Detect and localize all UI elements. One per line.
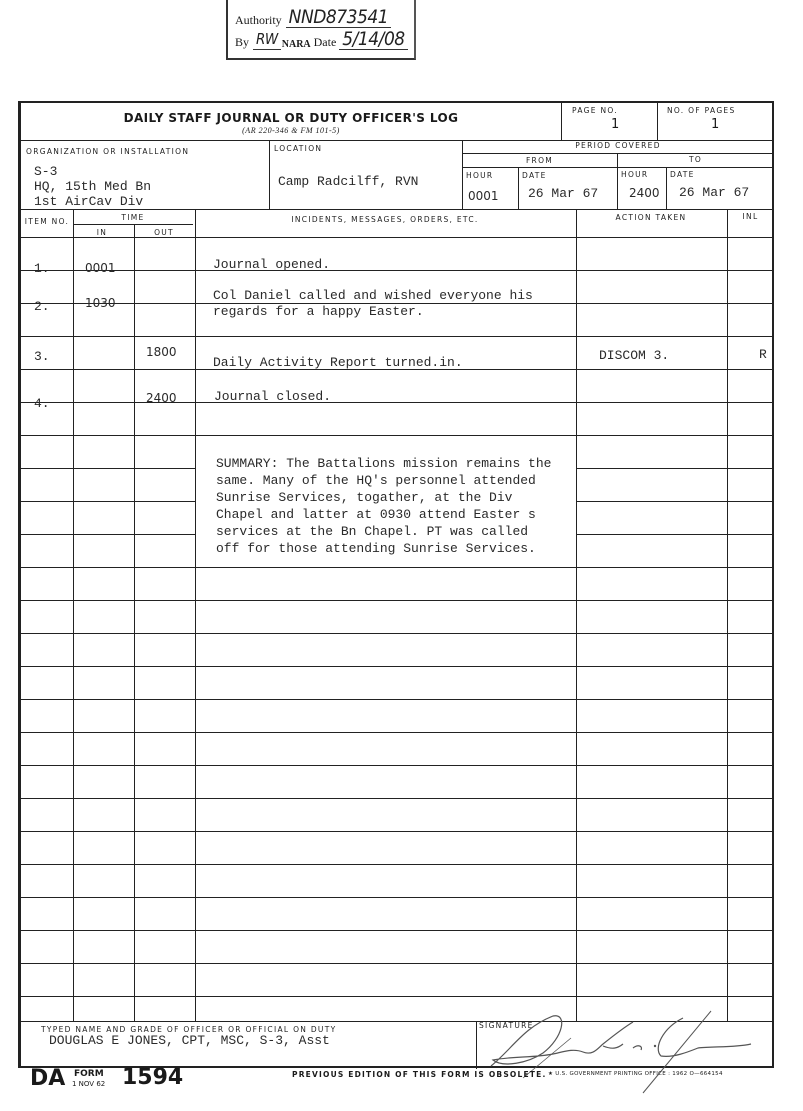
entry-1-text[interactable]: Journal opened. xyxy=(213,257,330,272)
to-date-label: DATE xyxy=(670,170,695,179)
entry-3-item: 3. xyxy=(34,349,50,364)
stamp-date-value: 5/14/08 xyxy=(339,30,407,50)
entry-3-action[interactable]: DISCOM 3. xyxy=(599,348,669,363)
location-value[interactable]: Camp Radcilff, RVN xyxy=(278,174,418,189)
entry-3-inl[interactable]: R xyxy=(759,347,767,362)
form-number: 1594 xyxy=(122,1065,183,1090)
summary-text[interactable]: SUMMARY: The Battalions mission remains … xyxy=(216,455,586,557)
time-in-header: IN xyxy=(73,228,131,237)
action-taken-header: ACTION TAKEN xyxy=(576,213,726,222)
entry-1-item: 1. xyxy=(34,261,50,276)
from-label: FROM xyxy=(462,156,617,165)
authority-value: NND873541 xyxy=(286,8,391,28)
entry-1-in[interactable]: 0001 xyxy=(85,261,116,275)
to-hour-label: HOUR xyxy=(621,170,648,179)
obsolete-notice: PREVIOUS EDITION OF THIS FORM IS OBSOLET… xyxy=(292,1070,547,1079)
inl-header: INL xyxy=(727,212,774,221)
officer-name-value[interactable]: DOUGLAS E JONES, CPT, MSC, S-3, Asst xyxy=(49,1033,330,1048)
organization-line-3[interactable]: 1st AirCav Div xyxy=(34,194,143,209)
duty-log-form: DAILY STAFF JOURNAL OR DUTY OFFICER'S LO… xyxy=(18,101,774,1068)
organization-line-1[interactable]: S-3 xyxy=(34,164,57,179)
from-date-value[interactable]: 26 Mar 67 xyxy=(528,186,598,201)
stamp-date-label: Date xyxy=(314,35,337,50)
entry-4-out[interactable]: 2400 xyxy=(146,391,177,405)
entry-2-text-line-2[interactable]: regards for a happy Easter. xyxy=(213,304,424,319)
location-label: LOCATION xyxy=(274,144,322,153)
form-word: FORM xyxy=(74,1069,104,1079)
page-no-label: PAGE NO. xyxy=(572,106,618,115)
organization-line-2[interactable]: HQ, 15th Med Bn xyxy=(34,179,151,194)
time-header: TIME xyxy=(73,213,193,222)
page-no-value[interactable]: 1 xyxy=(611,117,619,132)
to-hour-value[interactable]: 2400 xyxy=(629,186,660,200)
to-label: TO xyxy=(617,155,774,164)
entry-2-in[interactable]: 1030 xyxy=(85,296,116,310)
entry-2-text[interactable]: Col Daniel called and wished everyone hi… xyxy=(213,288,533,303)
form-subtitle: (AR 220-346 & FM 101-5) xyxy=(21,126,561,135)
entry-4-text[interactable]: Journal closed. xyxy=(214,389,331,404)
form-footer: DA FORM 1 NOV 62 1594 PREVIOUS EDITION O… xyxy=(30,1066,790,1106)
form-date: 1 NOV 62 xyxy=(72,1080,105,1088)
from-hour-label: HOUR xyxy=(466,171,493,180)
incidents-header: INCIDENTS, MESSAGES, ORDERS, ETC. xyxy=(195,215,575,224)
period-covered-label: PERIOD COVERED xyxy=(462,141,774,150)
entry-2-item: 2. xyxy=(34,299,50,314)
authority-label: Authority xyxy=(235,13,282,28)
gpo-notice: ★ U.S. GOVERNMENT PRINTING OFFICE : 1962… xyxy=(548,1071,723,1077)
organization-label: ORGANIZATION OR INSTALLATION xyxy=(26,147,189,156)
declassification-stamp: Authority NND873541 By RW NARA Date 5/14… xyxy=(226,0,416,60)
from-hour-value[interactable]: 0001 xyxy=(468,189,499,203)
entry-4-item: 4. xyxy=(34,396,50,411)
to-date-value[interactable]: 26 Mar 67 xyxy=(679,185,749,200)
no-of-pages-value[interactable]: 1 xyxy=(711,117,719,132)
agency-label: NARA xyxy=(282,39,311,50)
from-date-label: DATE xyxy=(522,171,547,180)
form-title: DAILY STAFF JOURNAL OR DUTY OFFICER'S LO… xyxy=(21,111,561,125)
entry-3-text[interactable]: Daily Activity Report turned.in. xyxy=(213,355,463,370)
item-no-header: ITEM NO. xyxy=(21,216,73,227)
by-label: By xyxy=(235,35,249,50)
no-of-pages-label: NO. OF PAGES xyxy=(667,106,736,115)
form-da: DA xyxy=(30,1066,65,1091)
time-out-header: OUT xyxy=(134,228,194,237)
entry-3-out[interactable]: 1800 xyxy=(146,345,177,359)
by-initials: RW xyxy=(253,30,281,50)
